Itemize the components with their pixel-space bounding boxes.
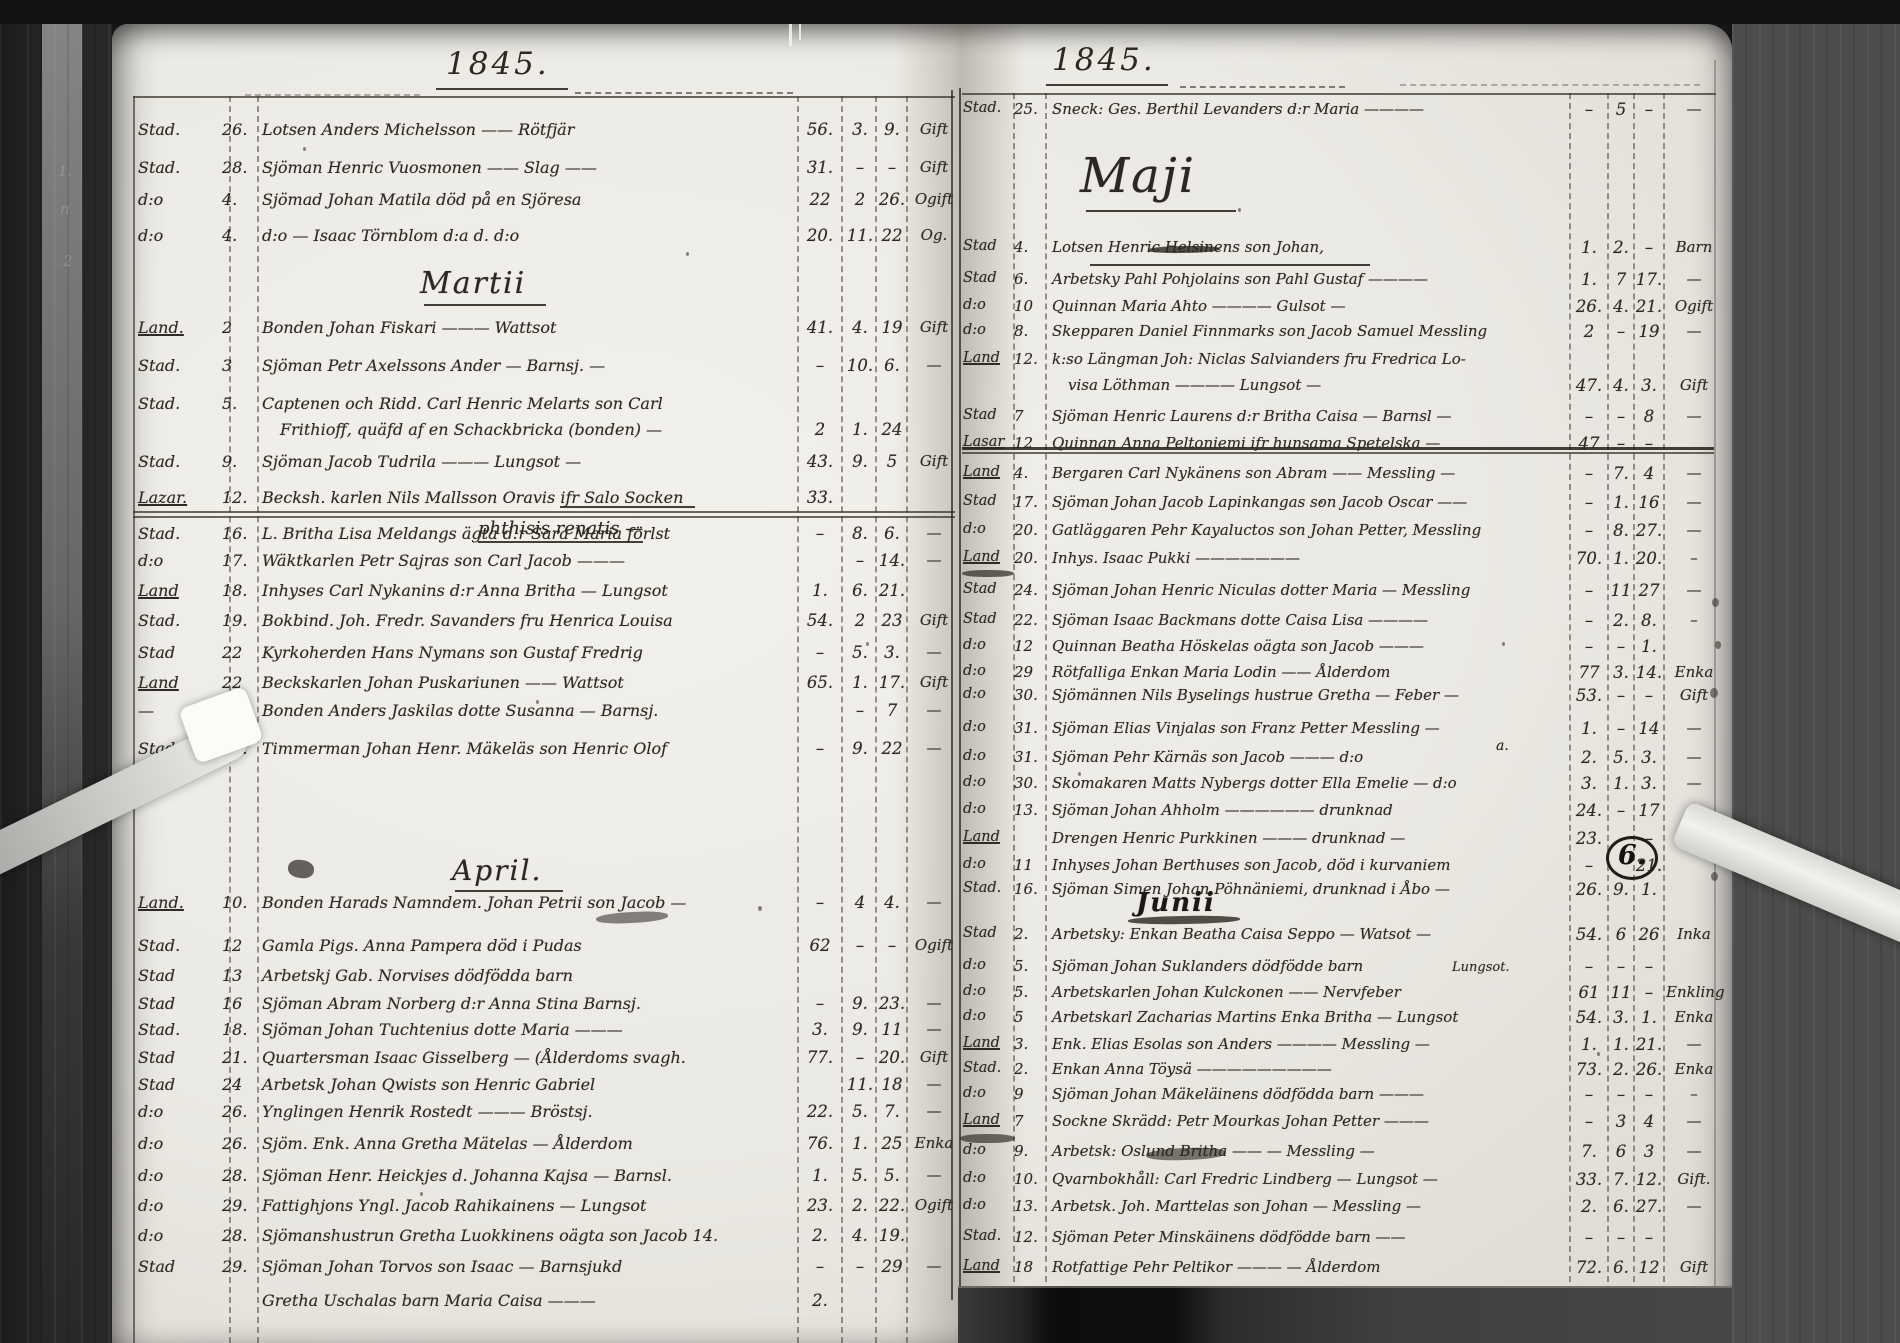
row-place: d:o — [963, 983, 1013, 999]
margin-annotation: Lungsot. — [1452, 960, 1510, 975]
left-year-underline — [436, 88, 568, 90]
row-place: Lasar — [963, 434, 1013, 450]
row-months: – — [844, 158, 876, 177]
row-date: 9. — [1014, 1142, 1048, 1160]
register-row: d:o10Quinnan Maria Ahto ———— Gulsot —26.… — [0, 297, 1900, 323]
row-days: 21. — [1635, 297, 1663, 316]
row-place: Land — [963, 1258, 1013, 1274]
film-ghost-mark: 1. — [58, 162, 72, 180]
right-year-dashes — [1400, 84, 1700, 86]
ink-underline — [1090, 264, 1370, 266]
row-months: 1. — [1609, 1035, 1633, 1054]
row-months: 5 — [1609, 100, 1633, 119]
row-status: Enkling — [1666, 983, 1722, 1001]
film-ghost-mark: n — [60, 200, 70, 218]
row-status: — — [1666, 719, 1722, 737]
row-status: — — [1666, 1112, 1722, 1130]
row-date: 17. — [1014, 493, 1048, 511]
row-months: – — [1609, 719, 1633, 738]
row-entry: Sjöman Henric Laurens d:r Britha Caisa —… — [1052, 407, 1452, 425]
row-date: 30. — [1014, 686, 1048, 704]
row-place: Stad — [963, 581, 1013, 597]
ink-speck — [686, 252, 689, 256]
row-days: 26 — [1635, 925, 1663, 944]
row-age: 24. — [1571, 801, 1607, 820]
ink-smear — [962, 570, 1014, 577]
row-entry: Arbetskarl Zacharias Martins Enka Britha… — [1052, 1008, 1458, 1026]
row-place: d:o — [963, 719, 1013, 735]
register-row: d:o31.Sjöman Elias Vinjalas son Franz Pe… — [0, 719, 1900, 745]
register-row: d:o10.Qvarnbokhåll: Carl Fredric Lindber… — [0, 1170, 1900, 1196]
register-row: Stad17.Sjöman Johan Jacob Lapinkangas so… — [0, 493, 1900, 519]
month-header-underline — [1086, 210, 1236, 212]
row-months: 2 — [844, 190, 876, 209]
register-row: Land4.Bergaren Carl Nykänens son Abram —… — [0, 464, 1900, 490]
row-months: 3 — [1609, 1112, 1633, 1131]
register-row: d:o30.Sjömännen Nils Byselings hustrue G… — [0, 686, 1900, 712]
row-age: – — [1571, 957, 1607, 976]
row-place: Land — [963, 464, 1013, 480]
row-entry: Bergaren Carl Nykänens son Abram —— Mess… — [1052, 464, 1455, 482]
row-age: – — [1571, 611, 1607, 630]
row-place: d:o — [963, 856, 1013, 872]
row-age: 33. — [1571, 1170, 1607, 1189]
row-days: 27. — [1635, 1197, 1663, 1216]
row-age: – — [1571, 856, 1607, 875]
row-entry: Sjöman Johan Ahholm —————— drunknad — [1052, 801, 1393, 819]
row-date: 28. — [222, 158, 258, 177]
row-days: 20. — [1635, 549, 1663, 568]
row-entry: Sjömännen Nils Byselings hustrue Gretha … — [1052, 686, 1459, 704]
row-days: 8. — [1635, 611, 1663, 630]
row-days: 17 — [1635, 801, 1663, 820]
row-place: d:o — [963, 686, 1013, 702]
row-status: – — [1666, 1085, 1722, 1103]
row-status: — — [1666, 407, 1722, 425]
row-status: — — [1666, 322, 1722, 340]
row-place: Stad — [963, 611, 1013, 627]
left-year-header: 1845. — [446, 46, 550, 82]
row-entry: Arbetsky: Enkan Beatha Caisa Seppo — Wat… — [1052, 925, 1431, 943]
row-days: 16 — [1635, 493, 1663, 512]
row-entry: Arbetsk. Joh. Marttelas son Johan — Mess… — [1052, 1197, 1421, 1215]
row-entry: Sjömad Johan Matila död på en Sjöresa — [262, 190, 581, 209]
row-date: 20. — [1014, 549, 1048, 567]
ink-speck — [1078, 772, 1081, 776]
row-months: 7 — [1609, 270, 1633, 289]
row-months: – — [1609, 1085, 1633, 1104]
ink-speck — [1712, 598, 1719, 607]
row-days: 26. — [878, 190, 906, 209]
row-entry: Qvarnbokhåll: Carl Fredric Lindberg — Lu… — [1052, 1170, 1438, 1188]
row-months: 1. — [1609, 549, 1633, 568]
row-date: 16. — [1014, 880, 1048, 898]
row-days: – — [1635, 983, 1663, 1002]
row-entry: Sjöman Johan Henric Niculas dotter Maria… — [1052, 581, 1470, 599]
right-year-header: 1845. — [1052, 42, 1156, 78]
row-date: 8. — [1014, 322, 1048, 340]
right-year-underline — [1046, 84, 1168, 86]
row-date: 29 — [1014, 663, 1048, 681]
row-age: 3. — [1571, 774, 1607, 793]
row-status: Enka — [1666, 1060, 1722, 1078]
row-date: 10. — [1014, 1170, 1048, 1188]
row-days: 14 — [1635, 719, 1663, 738]
row-age: – — [1571, 581, 1607, 600]
row-months: 7. — [1609, 464, 1633, 483]
row-days: – — [1635, 957, 1663, 976]
row-age: 77 — [1571, 663, 1607, 682]
ink-speck — [1597, 1052, 1600, 1056]
row-place: d:o — [963, 1142, 1013, 1158]
register-row: d:o9.Arbetsk: Oslund Britha —— — Messlin… — [0, 1142, 1900, 1168]
row-age: – — [1571, 493, 1607, 512]
row-months: 8. — [1609, 521, 1633, 540]
row-days: 3. — [1635, 376, 1663, 395]
row-place: Stad — [963, 238, 1013, 254]
register-row: d:o5.Sjöman Johan Suklanders dödfödde ba… — [0, 957, 1900, 983]
row-place: Stad — [963, 925, 1013, 941]
register-row: d:o30.Skomakaren Matts Nybergs dotter El… — [0, 774, 1900, 800]
row-days: 27. — [1635, 521, 1663, 540]
row-months: 6. — [1609, 1258, 1633, 1277]
register-row: d:o5.Arbetskarlen Johan Kulckonen —— Ner… — [0, 983, 1900, 1009]
row-place: Land — [963, 1035, 1013, 1051]
row-entry: Sjöman Johan Suklanders dödfödde barn — [1052, 957, 1363, 975]
register-row: Stad4.Lotsen Henric Helsinens son Johan,… — [0, 238, 1900, 264]
row-days: 12 — [1635, 1258, 1663, 1277]
row-age: – — [1571, 464, 1607, 483]
margin-annotation: a. — [1496, 738, 1509, 754]
row-days: 26. — [1635, 1060, 1663, 1079]
row-entry: Inhys. Isaac Pukki ——————— — [1052, 549, 1300, 567]
month-header: Junii — [1136, 888, 1216, 918]
row-date: 2. — [1014, 925, 1048, 943]
register-row: Land18Rotfattige Pehr Peltikor ——— — Åld… — [0, 1258, 1900, 1284]
register-row: Stad24.Sjöman Johan Henric Niculas dotte… — [0, 581, 1900, 607]
row-date: 7 — [1014, 407, 1048, 425]
row-status: Gift — [1666, 376, 1722, 394]
row-status: Ogift — [911, 190, 957, 208]
circled-correction: 6. — [1606, 836, 1658, 880]
row-entry: Sneck: Ges. Berthil Levanders d:r Maria … — [1052, 100, 1424, 118]
row-days: – — [1635, 100, 1663, 119]
row-date: 12 — [1014, 637, 1048, 655]
ink-speck — [866, 642, 869, 646]
row-date: 31. — [1014, 748, 1048, 766]
row-place: Land — [963, 350, 1013, 366]
row-days: 19 — [1635, 322, 1663, 341]
row-entry: Sjöman Peter Minskäinens dödfödde barn —… — [1052, 1228, 1406, 1246]
right-year-dashes — [1180, 86, 1345, 88]
row-months: 1. — [1609, 774, 1633, 793]
ink-speck — [420, 1192, 423, 1196]
row-entry: Sockne Skrädd: Petr Mourkas Johan Petter… — [1052, 1112, 1429, 1130]
row-days: – — [878, 158, 906, 177]
row-days: 4 — [1635, 464, 1663, 483]
row-age: – — [1571, 100, 1607, 119]
row-age: – — [1571, 1228, 1607, 1247]
row-place: Land — [963, 1112, 1013, 1128]
row-age: 1. — [1571, 270, 1607, 289]
row-place: d:o — [963, 1085, 1013, 1101]
right-table-top-rule — [962, 93, 1716, 95]
row-entry: Sjöman Pehr Kärnäs son Jacob ——— d:o — [1052, 748, 1363, 766]
row-date: 11 — [1014, 856, 1048, 874]
ink-speck — [1715, 641, 1721, 649]
row-date: 12 — [1014, 434, 1048, 452]
film-top-band — [0, 0, 1900, 24]
row-age: 1. — [1571, 1035, 1607, 1054]
row-entry: Inhyses Johan Berthuses son Jacob, död i… — [1052, 856, 1450, 874]
row-status: — — [1666, 270, 1722, 288]
row-place: Stad. — [963, 1060, 1013, 1076]
row-status: Gift — [1666, 1258, 1722, 1276]
row-age: – — [1571, 637, 1607, 656]
row-entry: Sjöman Johan Jacob Lapinkangas son Jacob… — [1052, 493, 1467, 511]
row-place: Stad — [963, 270, 1013, 286]
row-status: Enka — [1666, 1008, 1722, 1026]
row-age: 72. — [1571, 1258, 1607, 1277]
row-date: 4. — [1014, 464, 1048, 482]
register-row: d:o8.Skepparen Daniel Finnmarks son Jaco… — [0, 322, 1900, 348]
row-months: – — [1609, 801, 1633, 820]
row-months: – — [1609, 686, 1633, 705]
row-status: — — [1666, 748, 1722, 766]
row-date: 13. — [1014, 1197, 1048, 1215]
row-status: — — [1666, 493, 1722, 511]
row-entry: Arbetsky Pahl Pohjolains son Pahl Gustaf… — [1052, 270, 1428, 288]
row-months: – — [1609, 1228, 1633, 1247]
ink-speck — [303, 147, 306, 151]
register-row: Stad.2.Enkan Anna Töysä —————————73.2.26… — [0, 1060, 1900, 1086]
register-row: d:o4.Sjömad Johan Matila död på en Sjöre… — [0, 190, 1900, 216]
row-months: – — [1609, 322, 1633, 341]
row-status: Inka — [1666, 925, 1722, 943]
row-date: 10 — [1014, 297, 1048, 315]
row-place: Stad — [963, 407, 1013, 423]
row-status: — — [1666, 1142, 1722, 1160]
row-place: Land — [963, 829, 1013, 845]
row-status: — — [1666, 774, 1722, 792]
row-age: 54. — [1571, 925, 1607, 944]
row-status: — — [1666, 581, 1722, 599]
ink-underline — [560, 506, 695, 508]
row-days: 12. — [1635, 1170, 1663, 1189]
row-age: 1. — [1571, 238, 1607, 257]
row-days: 3. — [1635, 774, 1663, 793]
row-months: 6. — [1609, 1197, 1633, 1216]
row-months: 6 — [1609, 925, 1633, 944]
row-entry: Drengen Henric Purkkinen ——— drunknad — — [1052, 829, 1405, 847]
row-age: 26. — [1571, 297, 1607, 316]
register-row: Land12.k:so Längman Joh: Niclas Salviand… — [0, 350, 1900, 376]
row-age: 2 — [1571, 322, 1607, 341]
row-days: 3. — [1635, 748, 1663, 767]
row-entry: Gretha Uschalas barn Maria Caisa ——— — [262, 1291, 596, 1310]
row-entry: Sjöman Henric Vuosmonen —— Slag —— — [262, 158, 597, 177]
row-entry: Gatläggaren Pehr Kayaluctos son Johan Pe… — [1052, 521, 1481, 539]
row-status: Ogift — [1666, 297, 1722, 315]
row-months: 7. — [1609, 1170, 1633, 1189]
row-age: 31. — [800, 158, 840, 177]
row-date: 12. — [1014, 350, 1048, 368]
row-age: 61 — [1571, 983, 1607, 1002]
ink-speck — [1711, 872, 1718, 881]
row-place: Stad. — [963, 1228, 1013, 1244]
row-months: 3. — [1609, 663, 1633, 682]
row-age: 7. — [1571, 1142, 1607, 1161]
left-year-dashes — [575, 92, 793, 94]
row-months: – — [1609, 637, 1633, 656]
ink-speck — [536, 700, 539, 704]
row-date: 12. — [1014, 1228, 1048, 1246]
row-age: 2. — [800, 1291, 840, 1310]
row-age: 47. — [1571, 376, 1607, 395]
row-age: 22 — [800, 190, 840, 209]
row-days: 1. — [1635, 637, 1663, 656]
row-entry: Sjöman Isaac Backmans dotte Caisa Lisa —… — [1052, 611, 1428, 629]
row-days: 17. — [1635, 270, 1663, 289]
row-age: 2. — [1571, 748, 1607, 767]
row-entry: Quinnan Anna Peltoniemi ifr hunsama Spet… — [1052, 434, 1440, 452]
row-entry: Rotfattige Pehr Peltikor ——— — Ålderdom — [1052, 1258, 1381, 1276]
row-age: 47 — [1571, 434, 1607, 453]
register-row: Stad.16.Sjöman Simen Johan Pöhnäniemi, d… — [0, 880, 1900, 906]
row-age: 1. — [1571, 719, 1607, 738]
row-days: 8 — [1635, 407, 1663, 426]
register-row: Lasar12Quinnan Anna Peltoniemi ifr hunsa… — [0, 434, 1900, 460]
row-age: 73. — [1571, 1060, 1607, 1079]
row-status: — — [1666, 464, 1722, 482]
row-days: 1. — [1635, 1008, 1663, 1027]
row-status: — — [1666, 1197, 1722, 1215]
row-entry-line2: visa Löthman ———— Lungsot — — [1068, 376, 1321, 394]
row-place: d:o — [963, 663, 1013, 679]
row-status: – — [1666, 549, 1722, 567]
register-row: Land3.Enk. Elias Esolas son Anders ———— … — [0, 1035, 1900, 1061]
row-age: 26. — [1571, 880, 1607, 899]
row-date: 25. — [1014, 100, 1048, 118]
register-row: Stad.25.Sneck: Ges. Berthil Levanders d:… — [0, 100, 1900, 126]
row-place: d:o — [963, 521, 1013, 537]
row-date: 4. — [222, 190, 258, 209]
row-entry: Sjöman Elias Vinjalas son Franz Petter M… — [1052, 719, 1440, 737]
row-entry: Enkan Anna Töysä ————————— — [1052, 1060, 1332, 1078]
ink-speck — [1502, 642, 1505, 646]
row-status: Gift. — [1666, 1170, 1722, 1188]
row-entry: Quinnan Maria Ahto ———— Gulsot — — [1052, 297, 1345, 315]
row-days: – — [1635, 1085, 1663, 1104]
row-date: 5. — [1014, 983, 1048, 1001]
row-place: Stad. — [138, 158, 222, 177]
row-months: – — [1609, 434, 1633, 453]
row-days: 4 — [1635, 1112, 1663, 1131]
row-date: 13. — [1014, 801, 1048, 819]
row-age: 53. — [1571, 686, 1607, 705]
row-date: 22. — [1014, 611, 1048, 629]
register-row: d:o13.Sjöman Johan Ahholm —————— drunkna… — [0, 801, 1900, 827]
row-place: Stad. — [963, 880, 1013, 896]
row-days: – — [1635, 1228, 1663, 1247]
register-row: d:o5Arbetskarl Zacharias Martins Enka Br… — [0, 1008, 1900, 1034]
row-months: 6 — [1609, 1142, 1633, 1161]
row-date: 6. — [1014, 270, 1048, 288]
row-age: 23. — [1571, 829, 1607, 848]
row-months: 11 — [1609, 581, 1633, 600]
row-entry: Quinnan Beatha Höskelas oägta son Jacob … — [1052, 637, 1424, 655]
ink-speck — [1320, 500, 1323, 504]
film-bottom-right-band — [958, 1286, 1732, 1343]
row-status: Gift — [911, 158, 957, 176]
row-age: 2. — [1571, 1197, 1607, 1216]
row-date: 24. — [1014, 581, 1048, 599]
row-status: Enka — [1666, 663, 1722, 681]
row-place: d:o — [963, 1197, 1013, 1213]
row-place: Stad — [963, 493, 1013, 509]
register-row: Stad22.Sjöman Isaac Backmans dotte Caisa… — [0, 611, 1900, 637]
row-entry: Enk. Elias Esolas son Anders ———— Messli… — [1052, 1035, 1430, 1053]
row-date: 5 — [1014, 1008, 1048, 1026]
row-months: 4. — [1609, 376, 1633, 395]
film-ghost-mark: 2 — [63, 252, 73, 270]
row-entry: Sjöman Simen Johan Pöhnäniemi, drunknad … — [1052, 880, 1450, 898]
row-place: d:o — [963, 748, 1013, 764]
margin-annotation: phthisis renatis — — [478, 518, 643, 543]
row-date: 2. — [1014, 1060, 1048, 1078]
row-days: 14. — [1635, 663, 1663, 682]
row-date: 9 — [1014, 1085, 1048, 1103]
row-place: Land — [963, 549, 1013, 565]
row-place: d:o — [963, 322, 1013, 338]
row-place: d:o — [963, 957, 1013, 973]
row-months: 9. — [1609, 880, 1633, 899]
register-row: d:o13.Arbetsk. Joh. Marttelas son Johan … — [0, 1197, 1900, 1223]
register-row: d:o9Sjöman Johan Mäkeläinens dödfödda ba… — [0, 1085, 1900, 1111]
row-status: — — [1666, 521, 1722, 539]
month-header: Maji — [1080, 148, 1196, 204]
row-days: 27 — [1635, 581, 1663, 600]
row-place: d:o — [963, 1170, 1013, 1186]
row-entry: Arbetskarlen Johan Kulckonen —— Nervfebe… — [1052, 983, 1401, 1001]
row-place: Stad. — [963, 100, 1013, 116]
row-months: 4. — [1609, 297, 1633, 316]
row-months: – — [1609, 957, 1633, 976]
register-row: Stad2.Arbetsky: Enkan Beatha Caisa Seppo… — [0, 925, 1900, 951]
row-status: — — [1666, 1035, 1722, 1053]
row-entry: Skomakaren Matts Nybergs dotter Ella Eme… — [1052, 774, 1457, 792]
row-status: – — [1666, 611, 1722, 629]
microfilm-register-scan: 1845. 1845. Stad.26.Lotsen Anders Michel… — [0, 0, 1900, 1343]
register-row: Stad.12.Sjöman Peter Minskäinens dödfödd… — [0, 1228, 1900, 1254]
row-days: 3 — [1635, 1142, 1663, 1161]
row-days: 21. — [1635, 1035, 1663, 1054]
row-place: d:o — [963, 297, 1013, 313]
register-row: d:o20.Gatläggaren Pehr Kayaluctos son Jo… — [0, 521, 1900, 547]
row-place: d:o — [963, 774, 1013, 790]
row-age: – — [1571, 521, 1607, 540]
row-age: 54. — [1571, 1008, 1607, 1027]
row-months: 2. — [1609, 1060, 1633, 1079]
row-status: Barn — [1666, 238, 1722, 256]
register-row: Stad6.Arbetsky Pahl Pohjolains son Pahl … — [0, 270, 1900, 296]
register-row: Stad7Sjöman Henric Laurens d:r Britha Ca… — [0, 407, 1900, 433]
row-months: 2. — [1609, 611, 1633, 630]
row-months: 3. — [1609, 1008, 1633, 1027]
row-place: d:o — [963, 637, 1013, 653]
row-place: d:o — [963, 801, 1013, 817]
row-date: 4. — [1014, 238, 1048, 256]
